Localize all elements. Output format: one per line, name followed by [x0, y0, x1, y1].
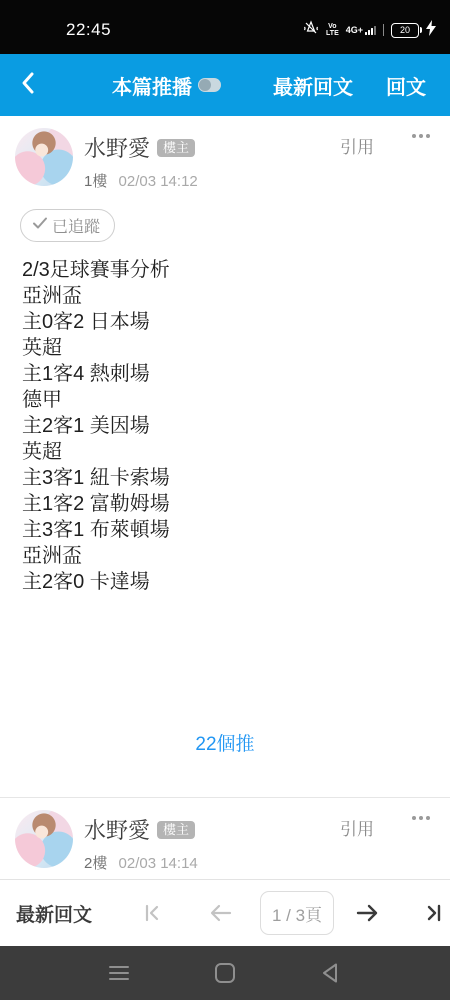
battery-percent: 20 — [400, 25, 410, 35]
followed-button[interactable]: 已追蹤 — [20, 209, 115, 242]
op-badge: 樓主 — [157, 139, 195, 157]
clock: 22:45 — [66, 20, 111, 40]
signal-indicator: 4G+ — [346, 26, 376, 35]
volte-indicator: Vo LTE — [326, 23, 339, 37]
pagination-bar: 最新回文 1 / 3頁 — [0, 879, 450, 946]
avatar[interactable] — [15, 810, 73, 868]
post-2-header: 水野愛 樓主 2樓 02/03 14:14 引用 — [0, 798, 450, 873]
op-badge: 樓主 — [157, 821, 195, 839]
app-header: 本篇推播 最新回文 回文 — [0, 54, 450, 116]
latest-reply-footer-button[interactable]: 最新回文 — [16, 900, 92, 927]
prev-page-icon[interactable] — [208, 901, 234, 925]
check-icon — [32, 216, 48, 235]
back-nav-icon[interactable] — [316, 962, 346, 984]
author-name[interactable]: 水野愛 — [84, 814, 150, 845]
more-options-icon[interactable] — [410, 128, 432, 144]
floor-number: 2樓 — [84, 855, 107, 872]
post-timestamp: 02/03 14:12 — [119, 173, 198, 190]
page-indicator[interactable]: 1 / 3頁 — [260, 891, 334, 935]
post-1-header: 水野愛 樓主 1樓 02/03 14:12 引用 — [0, 116, 450, 191]
post-1: 水野愛 樓主 1樓 02/03 14:12 引用 已追蹤 2/3足球賽事分析 亞… — [0, 116, 450, 753]
post-meta: 1樓 02/03 14:12 — [84, 170, 198, 191]
back-button[interactable] — [0, 71, 56, 100]
push-notify-control[interactable]: 本篇推播 — [112, 71, 221, 100]
avatar[interactable] — [15, 128, 73, 186]
network-type-label: 4G+ — [346, 26, 363, 35]
first-page-icon[interactable] — [140, 901, 164, 925]
post-body: 2/3足球賽事分析 亞洲盃 主0客2 日本場 英超 主1客4 熱刺場 德甲 主2… — [22, 257, 450, 595]
floor-number: 1樓 — [84, 173, 107, 190]
latest-reply-button[interactable]: 最新回文 — [273, 71, 353, 100]
push-notify-label: 本篇推播 — [112, 71, 192, 100]
android-nav-bar — [0, 946, 450, 1000]
status-bar: 22:45 Vo LTE 4G+ 20 — [0, 0, 450, 54]
quote-button[interactable]: 引用 — [340, 133, 374, 158]
signal-bars-icon — [365, 26, 376, 35]
battery-icon: 20 — [391, 23, 419, 38]
status-separator — [383, 24, 384, 36]
push-count-link[interactable]: 22個推 — [0, 729, 450, 753]
home-icon[interactable] — [210, 962, 240, 984]
last-page-icon[interactable] — [422, 901, 446, 925]
vibrate-off-icon — [303, 20, 319, 41]
post-meta: 2樓 02/03 14:14 — [84, 852, 198, 873]
menu-icon[interactable] — [104, 963, 134, 983]
more-options-icon[interactable] — [410, 810, 432, 826]
next-page-icon[interactable] — [354, 901, 380, 925]
post-timestamp: 02/03 14:14 — [119, 855, 198, 872]
push-toggle[interactable] — [198, 78, 221, 92]
quote-button[interactable]: 引用 — [340, 815, 374, 840]
author-name[interactable]: 水野愛 — [84, 132, 150, 163]
chevron-left-icon — [20, 71, 36, 100]
charging-bolt-icon — [426, 20, 436, 41]
post-2: 水野愛 樓主 2樓 02/03 14:14 引用 — [0, 798, 450, 873]
followed-label: 已追蹤 — [52, 214, 100, 237]
reply-button[interactable]: 回文 — [386, 71, 426, 100]
